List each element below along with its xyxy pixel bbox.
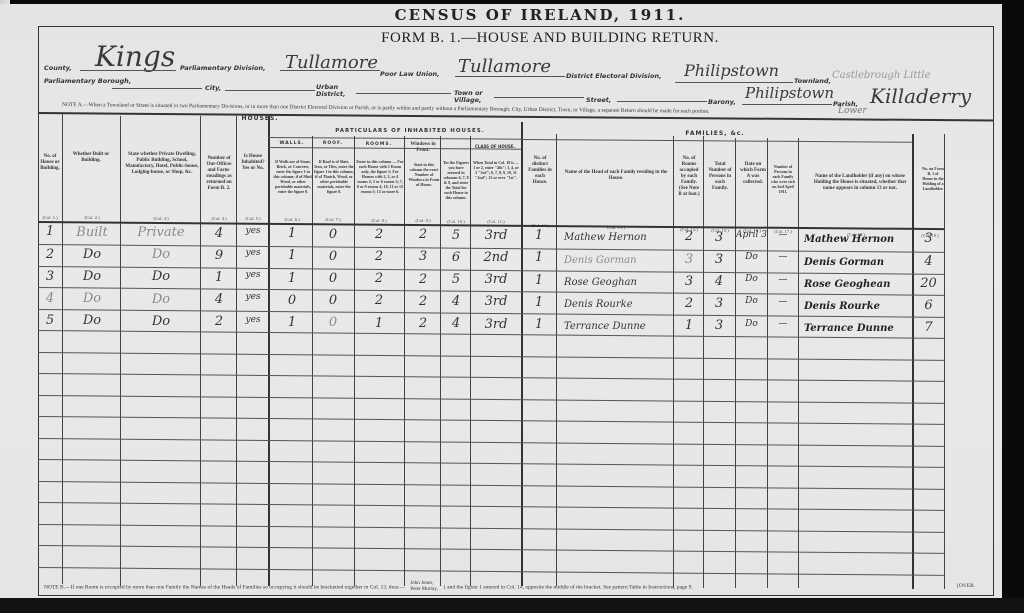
cell-rooms: 1 (354, 316, 404, 331)
parish-note: Lower (838, 106, 867, 116)
cell-inhabited: yes (237, 292, 269, 302)
cell-inhabited: yes (237, 315, 269, 325)
street-label: Street, (586, 96, 611, 104)
col4-header: Number of Out-Offices and Farm-steadings… (203, 156, 235, 192)
cell-persons: 4 (704, 274, 734, 289)
col6-header: If Walls are of Stone, Brick, or Concret… (273, 159, 313, 194)
form-title: FORM B. 1.—HOUSE AND BUILDING RETURN. (340, 30, 760, 47)
col13-header: Name of the Head of each Family residing… (562, 170, 670, 182)
cell-rooms-occupied: 2 (674, 296, 704, 311)
cell-families: 1 (522, 317, 556, 332)
parish-value: Killaderry (870, 84, 971, 108)
cell-sick: — (768, 252, 798, 262)
cell-roof: 0 (313, 315, 353, 330)
col12-header: No. of distinct Families in each House. (528, 156, 552, 186)
cell-state: Private (122, 225, 200, 240)
county-label: County, (44, 64, 72, 72)
cell-windows: 2 (405, 227, 441, 242)
cell-sick: — (768, 230, 798, 240)
col7-number: (Col. 7.) (313, 217, 353, 222)
subsection-walls: WALLS. (272, 141, 312, 146)
cell-house-no: 5 (40, 313, 60, 328)
cell-roof: 0 (313, 293, 353, 308)
cell-sick: — (768, 297, 798, 307)
cell-rooms-occupied: 3 (674, 274, 704, 289)
parliamentary-borough-label: Parliamentary Borough, (44, 78, 131, 85)
cell-inhabited: yes (237, 248, 269, 258)
town-or-village-label: Town or Village, (454, 90, 492, 104)
cell-rooms-occupied: 1 (674, 318, 704, 333)
cell-rooms: 2 (354, 271, 404, 286)
scan-edge (0, 598, 1024, 613)
over-label: [OVER. (957, 583, 975, 589)
cell-out-offices: 4 (202, 226, 236, 241)
cell-state: Do (122, 314, 200, 329)
cell-holding-no: 4 (913, 254, 944, 269)
cell-state: Do (122, 292, 200, 307)
cell-persons: 3 (704, 296, 734, 311)
cell-inhabited: yes (237, 226, 269, 236)
cell-built: Do (64, 291, 120, 306)
cell-walls: 1 (272, 315, 312, 330)
cell-windows: 2 (405, 272, 441, 287)
cell-head: Denis Gorman (560, 255, 672, 266)
cell-persons: 3 (704, 252, 734, 267)
cell-families: 1 (522, 273, 556, 288)
poor-law-union-value: Tullamore (458, 56, 551, 77)
cell-landholder: Rose Geoghean (800, 279, 912, 290)
cell-date-collected: Do (736, 252, 767, 262)
col10-header: Tot the Figures you have entered in colu… (442, 160, 470, 200)
cell-windows: 2 (405, 294, 441, 309)
cell-built: Do (64, 269, 120, 284)
cell-sick: — (768, 319, 798, 329)
cell-holding-no: 6 (913, 298, 944, 313)
cell-class: 3rd (471, 228, 521, 243)
cell-house-no: 4 (40, 291, 60, 306)
col1-number: (Col. 1.) (38, 215, 62, 220)
cell-total: 5 (441, 272, 471, 287)
col14-header: No. of Rooms occupied by each Family. (S… (677, 156, 701, 198)
col16-header: Date on which Form A was collected. (739, 162, 767, 186)
cell-rooms: 2 (354, 249, 404, 264)
col15-header: Total Number of Persons in each Family. (707, 162, 733, 192)
col18-header: Name of the Landholder (if any) on whose… (810, 174, 910, 192)
cell-head: Mathew Hernon (560, 232, 672, 243)
cell-house-no: 2 (40, 247, 60, 262)
note-b-example-1: John Jones, (410, 581, 433, 586)
cell-walls: 1 (272, 271, 312, 286)
cell-out-offices: 9 (202, 248, 236, 263)
cell-built: Built (64, 225, 120, 240)
cell-house-no: 3 (40, 269, 60, 284)
cell-out-offices: 1 (202, 270, 236, 285)
cell-windows: 3 (405, 249, 441, 264)
city-label: City, (205, 84, 221, 92)
cell-date-collected: Do (736, 274, 767, 284)
subsection-rooms: ROOMS. (355, 142, 403, 147)
cell-holding-no: 20 (913, 276, 944, 291)
col7-header: If Roof is of Slate, Iron, or Tiles, ent… (314, 159, 354, 194)
col6-number: (Col. 6.) (272, 217, 312, 222)
cell-head: Terrance Dunne (560, 321, 672, 332)
note-b-tail: and the figure 1 entered in Col. 14, opp… (447, 584, 693, 590)
ded-label: District Electoral Division, (566, 72, 662, 80)
cell-holding-no: 7 (913, 320, 944, 335)
col8-header: Enter in this column — For each House wi… (356, 159, 404, 194)
col2-number: (Col. 2.) (64, 215, 120, 220)
cell-landholder: Denis Gorman (800, 257, 912, 268)
col19-header: No. on Form B. 1 of House in the Holding… (922, 166, 944, 191)
cell-class: 3rd (471, 294, 521, 309)
cell-class: 3rd (471, 272, 521, 287)
census-form-page: CENSUS OF IRELAND, 1911. FORM B. 1.—HOUS… (0, 4, 1002, 602)
col1-header: No. of House or Building. (40, 154, 60, 172)
cell-class: 3rd (471, 317, 521, 332)
cell-date-collected: April 3 (736, 230, 767, 240)
cell-holding-no: 3 (913, 231, 944, 246)
col9-number: (Col. 9.) (405, 218, 441, 223)
col3-number: (Col. 3.) (122, 216, 200, 221)
ded-value: Philipstown (684, 61, 779, 80)
cell-rooms: 2 (354, 227, 404, 242)
cell-head: Denis Rourke (560, 299, 672, 310)
cell-landholder: Terrance Dunne (800, 323, 912, 334)
cell-total: 6 (441, 250, 471, 265)
cell-rooms-occupied: 2 (674, 229, 704, 244)
poor-law-union-label: Poor Law Union, (380, 70, 440, 78)
cell-date-collected: Do (736, 319, 767, 329)
cell-house-no: 1 (40, 224, 60, 239)
barony-label: Barony, (708, 98, 736, 106)
cell-head: Rose Geoghan (560, 277, 672, 288)
cell-out-offices: 4 (202, 292, 236, 307)
urban-district-label: Urban District, (316, 84, 351, 98)
col17-header: Number of Persons in each Family who wer… (770, 164, 796, 194)
col2-header: Whether Built or Building. (64, 152, 118, 164)
cell-built: Do (64, 247, 120, 262)
cell-persons: 3 (704, 230, 734, 245)
col4-number: (Col. 4.) (202, 216, 236, 221)
cell-rooms-occupied: 3 (674, 252, 704, 267)
cell-roof: 0 (313, 271, 353, 286)
cell-landholder: Denis Rourke (800, 301, 912, 312)
cell-families: 1 (522, 295, 556, 310)
col5-number: (Col. 5.) (237, 216, 269, 221)
document-title: CENSUS OF IRELAND, 1911. (340, 6, 740, 24)
cell-out-offices: 2 (202, 314, 236, 329)
cell-walls: 0 (272, 293, 312, 308)
cell-persons: 3 (704, 318, 734, 333)
section-particulars: PARTICULARS OF INHABITED HOUSES. (300, 128, 520, 134)
note-b: NOTE B.—If one Room is occupied by more … (44, 581, 693, 593)
cell-date-collected: Do (736, 296, 767, 306)
cell-landholder: Mathew Hernon (800, 234, 912, 245)
note-b-example-2: Peter Murray, (410, 587, 437, 592)
cell-families: 1 (522, 250, 556, 265)
col11-number: (Col. 11.) (471, 219, 521, 224)
section-houses: HOUSES. (200, 115, 320, 122)
cell-total: 5 (441, 228, 471, 243)
subsection-roof: ROOF. (313, 141, 353, 146)
col3-header: State whether Private Dwelling, Public B… (124, 152, 200, 176)
col8-number: (Col. 8.) (354, 218, 404, 223)
townland-value: Castlebrough Little (832, 70, 931, 81)
cell-roof: 0 (313, 249, 353, 264)
cell-sick: — (768, 275, 798, 285)
cell-windows: 2 (405, 316, 441, 331)
county-value: Kings (95, 40, 175, 73)
cell-class: 2nd (471, 250, 521, 265)
cell-walls: 1 (272, 226, 312, 241)
cell-walls: 1 (272, 248, 312, 263)
barony-value: Philipstown (745, 84, 834, 102)
cell-total: 4 (441, 316, 471, 331)
cell-state: Do (122, 269, 200, 284)
cell-state: Do (122, 247, 200, 262)
cell-inhabited: yes (237, 270, 269, 280)
cell-roof: 0 (313, 227, 353, 242)
cell-built: Do (64, 313, 120, 328)
cell-families: 1 (522, 228, 556, 243)
section-families: FAMILIES, &c. (660, 130, 770, 137)
col11-header: When Total in Col. 10 is — 1 or 2, enter… (472, 160, 520, 180)
parliamentary-division-label: Parliamentary Division, (180, 64, 266, 72)
col9-header: State in this column the exact Number of… (408, 162, 440, 187)
col5-header: Is House Inhabited? Yes or No. (238, 154, 268, 172)
cell-total: 4 (441, 294, 471, 309)
note-b-text: NOTE B.—If one Room is occupied by more … (44, 584, 405, 590)
cell-rooms: 2 (354, 293, 404, 308)
